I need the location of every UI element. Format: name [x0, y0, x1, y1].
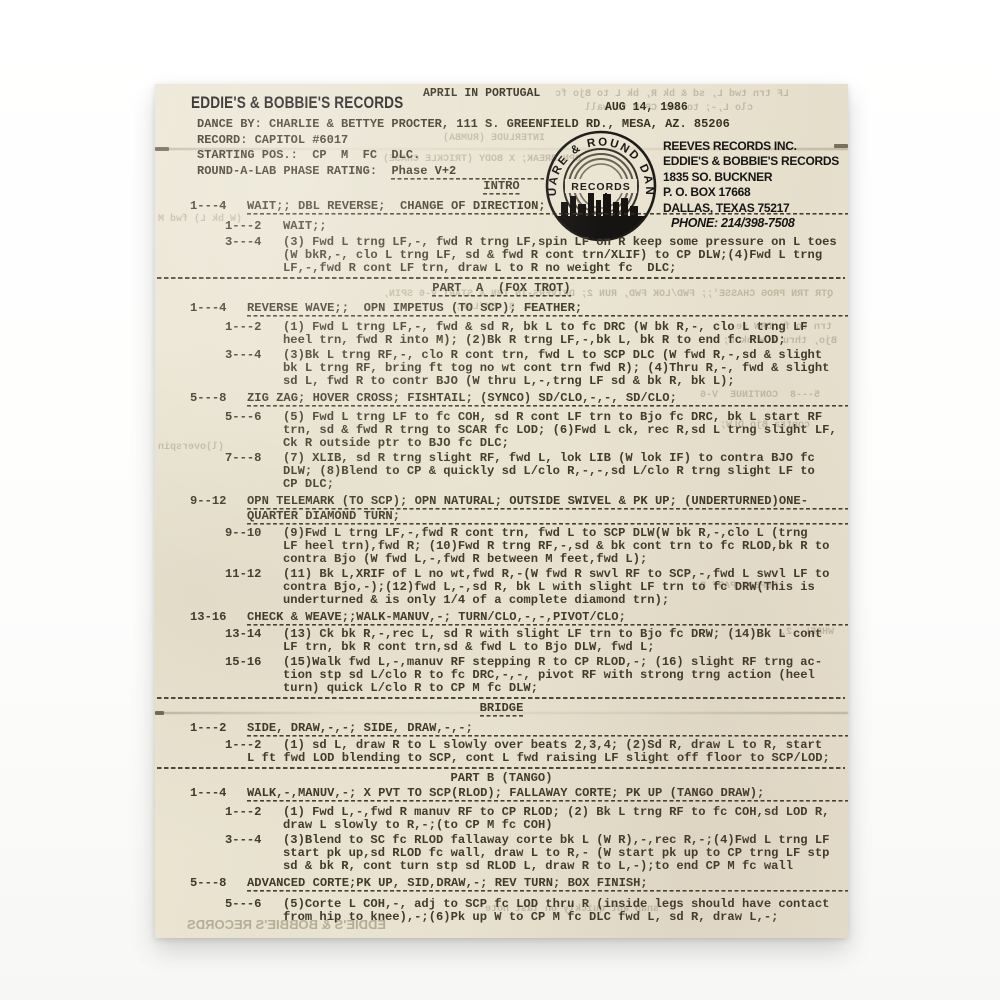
publisher-line: REEVES RECORDS INC.	[663, 139, 843, 154]
cue-text: LF,-,fwd R cont LF trn, draw L to R no w…	[283, 262, 848, 275]
cue-text: SIDE, DRAW,-,-; SIDE, DRAW,-,-;	[247, 722, 848, 737]
cue-row: 9--12OPN TELEMARK (TO SCP); OPN NATURAL;…	[155, 495, 848, 510]
edge-mark	[155, 147, 169, 151]
cue-text: CHECK & WEAVE;;WALK-MANUV,-; TURN/CLO,-,…	[247, 611, 848, 626]
cue-row: 13-16CHECK & WEAVE;;WALK-MANUV,-; TURN/C…	[155, 611, 848, 626]
cue-text: contra Bjo (W fwd L,-,fwd R between M fe…	[283, 553, 848, 566]
letterhead: EDDIE'S & BOBBIE'S RECORDS	[191, 94, 403, 112]
measure-label: 5---6	[225, 898, 261, 911]
measure-label: 1---2	[225, 321, 261, 334]
section-heading: PART A (FOX TROT)	[155, 282, 848, 297]
cue-text: QUARTER DIAMOND TURN;	[247, 510, 848, 525]
measure-label: 11-12	[225, 568, 261, 581]
cue-continuation-row: turn) quick L/clo R to CP M fc DLW;	[155, 682, 848, 695]
cue-text: DLW; (8)Blend to CP & quickly sd L/clo R…	[283, 465, 848, 478]
cue-text: ADVANCED CORTE;PK UP, SID,DRAW,-; REV TU…	[247, 877, 848, 892]
cue-continuation-row: Ck R outside ptr to BJO fc DLC;	[155, 437, 848, 450]
measure-label: 7---8	[225, 452, 261, 465]
cue-continuation-row: from hip to knee),-;(6)Pk up W to CP M f…	[155, 911, 848, 924]
cue-text: PART B (TANGO)	[451, 772, 553, 785]
cue-text: draw L slowly to R,-;(to CP M fc COH)	[283, 819, 848, 832]
section-heading: PART B (TANGO)	[155, 772, 848, 785]
cue-continuation-row: contra Bjo (W fwd L,-,fwd R between M fe…	[155, 553, 848, 566]
cue-text: INTRO	[483, 180, 519, 195]
cue-continuation-row: LF trn, bk R cont trn,sd & fwd L to Bjo …	[155, 641, 848, 654]
cue-continuation-row: LF,-,fwd R cont LF trn, draw L to R no w…	[155, 262, 848, 275]
phase-rating-value: Phase V+2	[391, 164, 544, 180]
cue-continuation-row: CP DLC;	[155, 478, 848, 491]
cue-text: REVERSE WAVE;; OPN IMPETUS (TO SCP); FEA…	[247, 302, 848, 317]
measure-label: 13-14	[225, 628, 261, 641]
section-heading: INTRO	[155, 180, 848, 195]
cue-sheet-body: INTRO1---4WAIT;; DBL REVERSE; CHANGE OF …	[155, 180, 848, 924]
measure-label: 3---4	[225, 834, 261, 847]
cue-row: 1---4WAIT;; DBL REVERSE; CHANGE OF DIREC…	[155, 200, 848, 215]
starting-pos-line: STARTING POS.: CP M FC DLC.	[197, 148, 420, 162]
cue-continuation-row: DLW; (8)Blend to CP & quickly sd L/clo R…	[155, 465, 848, 478]
record-line: RECORD: CAPITOL #6017	[197, 133, 348, 147]
cue-text: CP DLC;	[283, 478, 848, 491]
cue-row: 1---2SIDE, DRAW,-,-; SIDE, DRAW,-,-;	[155, 722, 848, 737]
measure-label: 13-16	[190, 611, 226, 624]
cue-continuation-row: sd L, fwd R to contr BJO (W thru L,-,trn…	[155, 375, 848, 388]
measure-label: 9--12	[190, 495, 226, 508]
date: AUG 14, 1986	[605, 101, 688, 114]
cue-text: BRIDGE	[480, 702, 524, 717]
cue-continuation-row: QUARTER DIAMOND TURN;	[155, 510, 848, 525]
cue-text: LF trn, bk R cont trn,sd & fwd L to Bjo …	[283, 641, 848, 654]
measure-label: 1---4	[190, 200, 226, 213]
cue-text: sd L, fwd R to contr BJO (W thru L,-,trn…	[283, 375, 848, 388]
cue-text: ZIG ZAG; HOVER CROSS; FISHTAIL; (SYNCO) …	[247, 392, 848, 407]
measure-label: 5---6	[225, 411, 261, 424]
measure-label: 1---2	[190, 722, 226, 735]
photo-background: LF trn twd L, sd & bk R, bk L to Bjo fcc…	[0, 0, 1000, 1000]
section-heading: BRIDGE	[155, 702, 848, 717]
cue-text: WAIT;; DBL REVERSE; CHANGE OF DIRECTION;	[247, 200, 848, 215]
cue-text: WAIT;;	[283, 220, 848, 233]
dance-title: APRIL IN PORTUGAL	[423, 87, 540, 100]
measure-label: 1---4	[190, 787, 226, 800]
cue-text: sd & bk R, cont turn stp sd RLOD L, draw…	[283, 860, 848, 873]
cue-text: from hip to knee),-;(6)Pk up W to CP M f…	[283, 911, 848, 924]
cue-row: 5---8ZIG ZAG; HOVER CROSS; FISHTAIL; (SY…	[155, 392, 848, 407]
phase-rating-line: ROUND-A-LAB PHASE RATING: Phase V+2	[197, 164, 544, 178]
cue-text: WALK,-,MANUV,-; X PVT TO SCP(RLOD); FALL…	[247, 787, 848, 802]
cue-row: 5---8ADVANCED CORTE;PK UP, SID,DRAW,-; R…	[155, 877, 848, 892]
measure-label: 3---4	[225, 349, 261, 362]
measure-label: 1---4	[190, 302, 226, 315]
measure-label: 5---8	[190, 392, 226, 405]
scanned-cue-sheet: LF trn twd L, sd & bk R, bk L to Bjo fcc…	[155, 84, 848, 938]
measure-label: 15-16	[225, 656, 261, 669]
cue-text: OPN TELEMARK (TO SCP); OPN NATURAL; OUTS…	[247, 495, 848, 510]
measure-label: 1---2	[225, 220, 261, 233]
cue-continuation-row: L ft fwd LOD blending to SCP, cont L fwd…	[155, 752, 848, 765]
cue-continuation-row: underturned & is only 1/4 of a complete …	[155, 594, 848, 607]
cue-row: 1---4WALK,-,MANUV,-; X PVT TO SCP(RLOD);…	[155, 787, 848, 802]
publisher-line: EDDIE'S & BOBBIE'S RECORDS	[663, 154, 843, 169]
cue-continuation-row: heel trn, fwd R into M); (2)Bk R trng LF…	[155, 334, 848, 347]
cue-text: underturned & is only 1/4 of a complete …	[283, 594, 848, 607]
cue-text: L ft fwd LOD blending to SCP, cont L fwd…	[247, 752, 848, 765]
bleedthrough-text: INTERLUDE (RUMBA)	[443, 133, 545, 144]
cue-text: PART A (FOX TROT)	[432, 282, 570, 297]
measure-label: 9--10	[225, 527, 261, 540]
separator-line	[157, 767, 845, 769]
cue-text: heel trn, fwd R into M); (2)Bk R trng LF…	[283, 334, 848, 347]
cue-continuation-row: sd & bk R, cont turn stp sd RLOD L, draw…	[155, 860, 848, 873]
measure-label: 3---4	[225, 236, 261, 249]
cue-row: 1---4REVERSE WAVE;; OPN IMPETUS (TO SCP)…	[155, 302, 848, 317]
cue-text: Ck R outside ptr to BJO fc DLC;	[283, 437, 848, 450]
measure-label: 1---2	[225, 806, 261, 819]
cue-continuation-row: draw L slowly to R,-;(to CP M fc COH)	[155, 819, 848, 832]
separator-line	[157, 697, 845, 699]
bleedthrough-text: LF trn twd L, sd & bk R, bk L to Bjo fc	[555, 89, 789, 100]
phase-rating-label: ROUND-A-LAB PHASE RATING:	[197, 164, 391, 178]
cue-row: 1---2WAIT;;	[155, 220, 848, 233]
cue-text: turn) quick L/clo R to CP M fc DLW;	[283, 682, 848, 695]
separator-line	[157, 277, 845, 279]
measure-label: 5---8	[190, 877, 226, 890]
